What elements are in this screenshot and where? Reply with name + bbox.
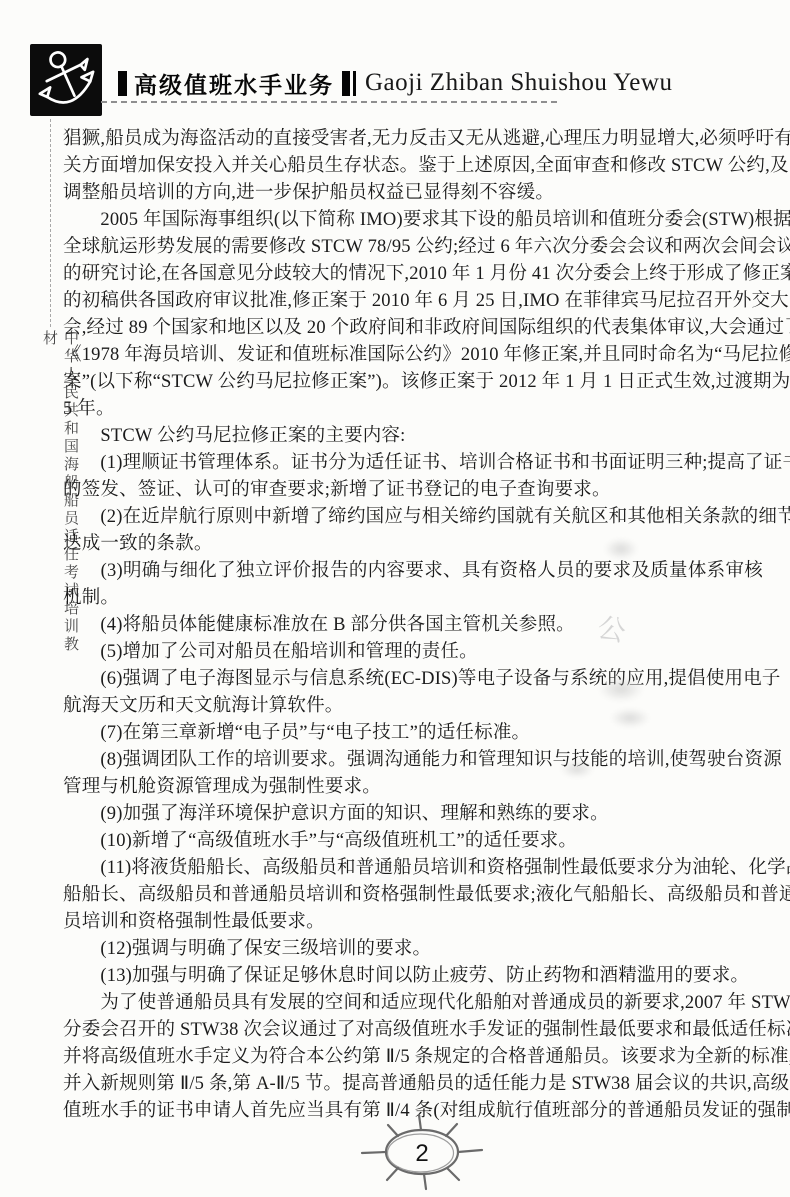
text-line: 分委会召开的 STW38 次会议通过了对高级值班水手发证的强制性最低要求和最低适… [63,1017,763,1044]
text-line: 关方面增加保安投入并关心船员生存状态。鉴于上述原因,全面审查和修改 STCW 公… [63,153,763,180]
text-line: (8)强调团队工作的培训要求。强调沟通能力和管理知识与技能的培训,使驾驶台资源 [63,747,763,774]
text-line: 2005 年国际海事组织(以下简称 IMO)要求其下设的船员培训和值班分委会(S… [63,207,763,234]
book-title-pinyin: Gaoji Zhiban Shuishou Yewu [365,69,672,97]
text-line: 全球航运形势发展的需要修改 STCW 78/95 公约;经过 6 年六次分委会会… [63,234,763,261]
title-bar-icon [342,71,350,96]
anchor-logo [30,44,102,116]
bleedthrough-smudge [560,760,594,778]
text-line: (3)明确与细化了独立评价报告的内容要求、具有资格人员的要求及质量体系审核 [63,558,763,585]
text-line: (5)增加了公司对船员在船培训和管理的责任。 [63,639,763,666]
text-line: 机制。 [63,585,763,612]
text-line: 达成一致的条款。 [63,531,763,558]
text-line: (2)在近岸航行原则中新增了缔约国应与相关缔约国就有关航区和其他相关条款的细节 [63,504,763,531]
text-line: 的研究讨论,在各国意见分歧较大的情况下,2010 年 1 月份 41 次分委会上… [63,261,763,288]
title-bar-icon [118,71,127,96]
text-line: 船船长、高级船员和普通船员培训和资格强制性最低要求;液化气船船长、高级船员和普通… [63,882,763,909]
text-line: (12)强调与明确了保安三级培训的要求。 [63,936,763,963]
anchor-icon [30,44,102,116]
header-title-row: 高级值班水手业务 Gaoji Zhiban Shuishou Yewu [118,66,672,100]
text-line: 《1978 年海员培训、发证和值班标准国际公约》2010 年修正案,并且同时命名… [63,342,763,369]
body-text: 猖獗,船员成为海盗活动的直接受害者,无力反击又无从逃避,心理压力明显增大,必须呼… [63,126,763,1125]
bleedthrough-smudge [604,538,638,560]
page-number: 2 [415,1140,428,1167]
text-line: (11)将液货船船长、高级船员和普通船员培训和资格强制性最低要求分为油轮、化学品 [63,855,763,882]
text-line: 航海天文历和天文航海计算软件。 [63,693,763,720]
text-line: (6)强调了电子海图显示与信息系统(EC-DIS)等电子设备与系统的应用,提倡使… [63,666,763,693]
text-line: 会,经过 89 个国家和地区以及 20 个政府间和非政府间国际组织的代表集体审议… [63,315,763,342]
text-line: 员培训和资格强制性最低要求。 [63,909,763,936]
title-bar-icon [353,71,356,96]
text-line: 并入新规则第 Ⅱ/5 条,第 A-Ⅱ/5 节。提高普通船员的适任能力是 STW3… [63,1071,763,1098]
ship-wheel-icon: 2 [332,1112,512,1192]
text-line: (9)加强了海洋环境保护意识方面的知识、理解和熟练的要求。 [63,801,763,828]
text-line: 的初稿供各国政府审议批准,修正案于 2010 年 6 月 25 日,IMO 在菲… [63,288,763,315]
text-line: 调整船员培训的方向,进一步保护船员权益已显得刻不容缓。 [63,180,763,207]
text-line: STCW 公约马尼拉修正案的主要内容: [63,423,763,450]
text-line: 管理与机舱资源管理成为强制性要求。 [63,774,763,801]
bleedthrough-smudge [610,708,650,728]
text-line: 猖獗,船员成为海盗活动的直接受害者,无力反击又无从逃避,心理压力明显增大,必须呼… [63,126,763,153]
text-line: 5 年。 [63,396,763,423]
header-divider [101,101,557,103]
text-line: (10)新增了“高级值班水手”与“高级值班机工”的适任要求。 [63,828,763,855]
book-title-chinese: 高级值班水手业务 [134,67,334,100]
text-line: 并将高级值班水手定义为符合本公约第 Ⅱ/5 条规定的合格普通船员。该要求为全新的… [63,1044,763,1071]
bleedthrough-smudge [598,676,644,702]
left-margin-divider [50,119,51,327]
text-line: (4)将船员体能健康标准放在 B 部分供各国主管机关参照。 [63,612,763,639]
text-line: 案”(以下称“STCW 公约马尼拉修正案”)。该修正案于 2012 年 1 月 … [63,369,763,396]
text-line: 为了使普通船员具有发展的空间和适应现代化船舶对普通成员的新要求,2007 年 S… [63,990,763,1017]
text-line: (13)加强与明确了保证足够休息时间以防止疲劳、防止药物和酒精滥用的要求。 [63,963,763,990]
book-page: 高级值班水手业务 Gaoji Zhiban Shuishou Yewu 中华人民… [0,0,790,1197]
text-line: (1)理顺证书管理体系。证书分为适任证书、培训合格证书和书面证明三种;提高了证书 [63,450,763,477]
text-line: 的签发、签证、认可的审查要求;新增了证书登记的电子查询要求。 [63,477,763,504]
text-line: (7)在第三章新增“电子员”与“电子技工”的适任标准。 [63,720,763,747]
